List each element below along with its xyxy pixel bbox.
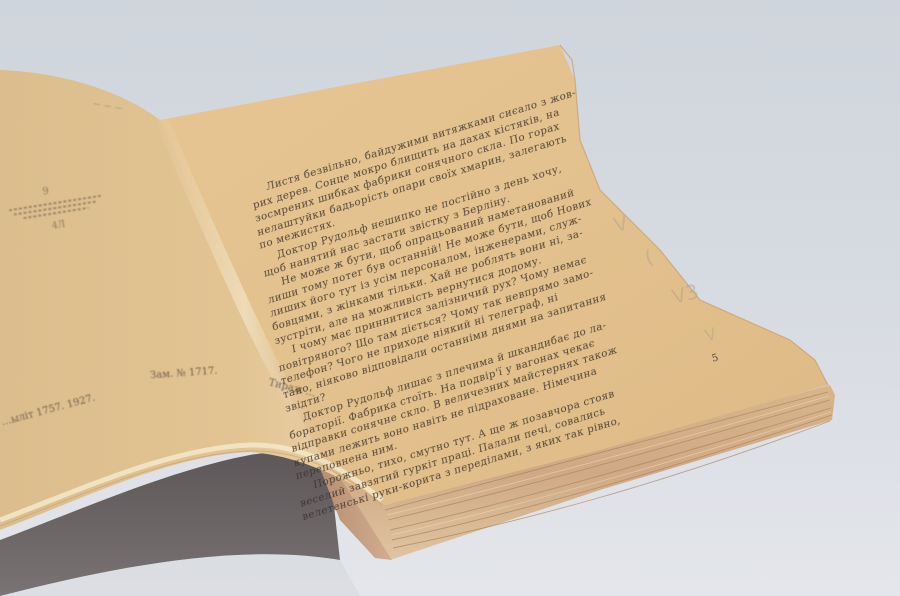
book-photo-scene: — — — 9 4Л …ыліт 1757. 1927. Зам. № 1717… — [0, 0, 900, 596]
stamp-code: 4Л — [51, 220, 66, 232]
